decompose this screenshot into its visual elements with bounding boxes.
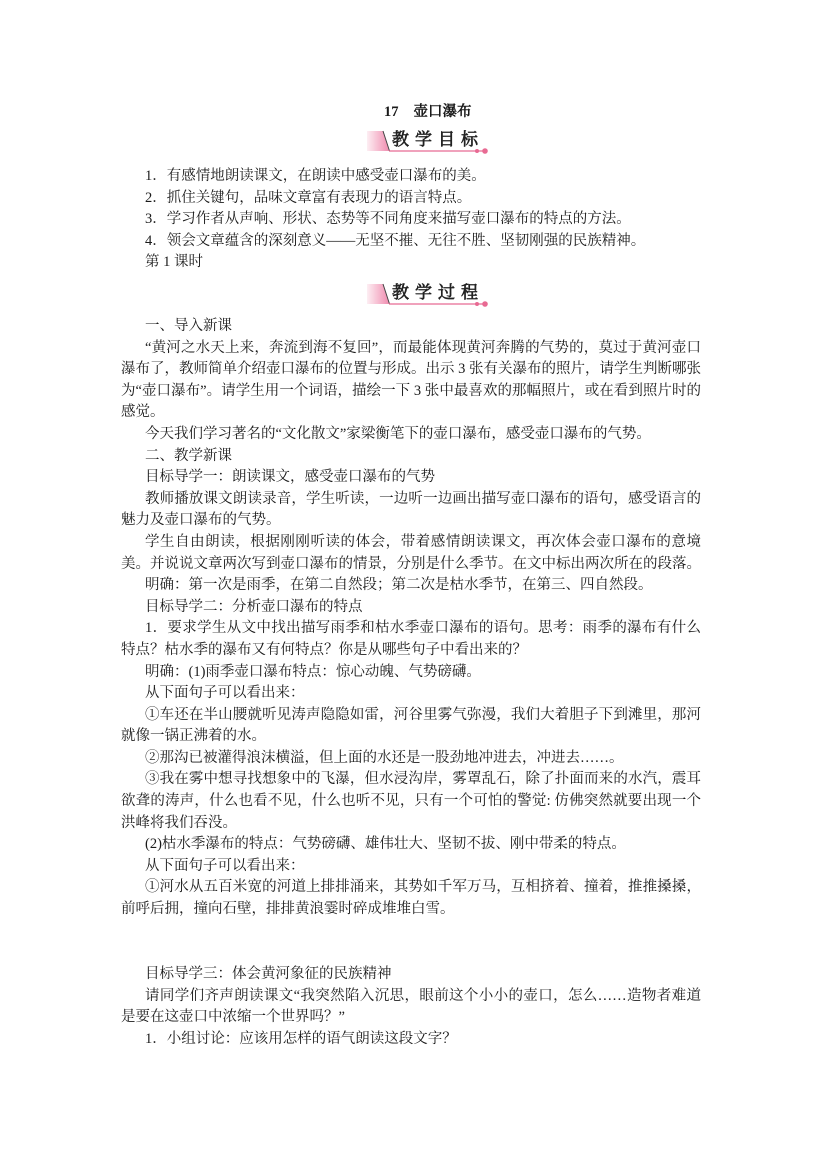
- paragraph: 教师播放课文朗读录音，学生听读，一边听一边画出描写壶口瀑布的语句，感受语言的魅力…: [121, 489, 701, 532]
- objective-item: 3．学习作者从声响、形状、态势等不同角度来描写壶口瀑布的特点的方法。: [121, 209, 701, 231]
- section-heading: 二、教学新课: [121, 446, 701, 468]
- process-body-continued: 目标导学三：体会黄河象征的民族精神 请同学们齐声朗读课文“我突然陷入沉思，眼前这…: [121, 964, 701, 1050]
- paragraph: 学生自由朗读，根据刚刚听读的体会，带着感情朗读课文，再次体会壶口瀑布的意境美。并…: [121, 532, 701, 575]
- objectives-list: 1．有感情地朗读课文，在朗读中感受壶口瀑布的美。 2．抓住关键句，品味文章富有表…: [121, 166, 701, 274]
- goal-heading: 目标导学二：分析壶口瀑布的特点: [121, 597, 701, 619]
- paragraph: 1．小组讨论：应该用怎样的语气朗读这段文字？: [121, 1029, 701, 1051]
- goal-heading: 目标导学三：体会黄河象征的民族精神: [121, 964, 701, 986]
- paragraph: “黄河之水天上来，奔流到海不复回”，而最能体现黄河奔腾的气势的，莫过于黄河壶口瀑…: [121, 338, 701, 424]
- paragraph: 从下面句子可以看出来：: [121, 856, 701, 878]
- lesson-period: 第 1 课时: [121, 252, 701, 274]
- objective-item: 1．有感情地朗读课文，在朗读中感受壶口瀑布的美。: [121, 166, 701, 188]
- process-banner-label: 教学过程: [392, 282, 484, 304]
- paragraph: 从下面句子可以看出来：: [121, 683, 701, 705]
- quote-item: ①车还在半山腰就听见涛声隐隐如雷，河谷里雾气弥漫，我们大着胆子下到滩里，那河就像…: [121, 705, 701, 748]
- process-body: 一、导入新课 “黄河之水天上来，奔流到海不复回”，而最能体现黄河奔腾的气势的，莫…: [121, 316, 701, 921]
- objectives-banner-label: 教学目标: [392, 129, 484, 151]
- objectives-banner: 教学目标: [367, 127, 491, 157]
- lesson-name: 壶口瀑布: [414, 104, 472, 120]
- paragraph: 请同学们齐声朗读课文“我突然陷入沉思，眼前这个小小的壶口，怎么……造物者难道是要…: [121, 986, 701, 1029]
- goal-heading: 目标导学一：朗读课文，感受壶口瀑布的气势: [121, 467, 701, 489]
- section-heading: 一、导入新课: [121, 316, 701, 338]
- lesson-number: 17: [384, 104, 399, 120]
- lesson-title: 17壶口瀑布: [384, 102, 472, 122]
- paragraph: 明确：(1)雨季壶口瀑布特点：惊心动魄、气势磅礴。: [121, 662, 701, 684]
- objective-item: 2．抓住关键句，品味文章富有表现力的语言特点。: [121, 188, 701, 210]
- paragraph: 明确：第一次是雨季，在第二自然段；第二次是枯水季节，在第三、四自然段。: [121, 575, 701, 597]
- paragraph: 1．要求学生从文中找出描写雨季和枯水季壶口瀑布的语句。思考：雨季的瀑布有什么特点…: [121, 618, 701, 661]
- process-banner: 教学过程: [367, 280, 491, 310]
- paragraph: 今天我们学习著名的“文化散文”家梁衡笔下的壶口瀑布，感受壶口瀑布的气势。: [121, 424, 701, 446]
- objective-item: 4．领会文章蕴含的深刻意义——无坚不摧、无往不胜、坚韧刚强的民族精神。: [121, 231, 701, 253]
- quote-item: ①河水从五百米宽的河道上排排涌来，其势如千军万马，互相挤着、撞着，推推搡搡，前呼…: [121, 877, 701, 920]
- paragraph: (2)枯水季瀑布的特点：气势磅礴、雄伟壮大、坚韧不拔、刚中带柔的特点。: [121, 834, 701, 856]
- quote-item: ②那沟已被灌得浪沫横溢，但上面的水还是一股劲地冲进去，冲进去……。: [121, 748, 701, 770]
- quote-item: ③我在雾中想寻找想象中的飞瀑，但水浸沟岸，雾罩乱石，除了扑面而来的水汽，震耳欲聋…: [121, 769, 701, 834]
